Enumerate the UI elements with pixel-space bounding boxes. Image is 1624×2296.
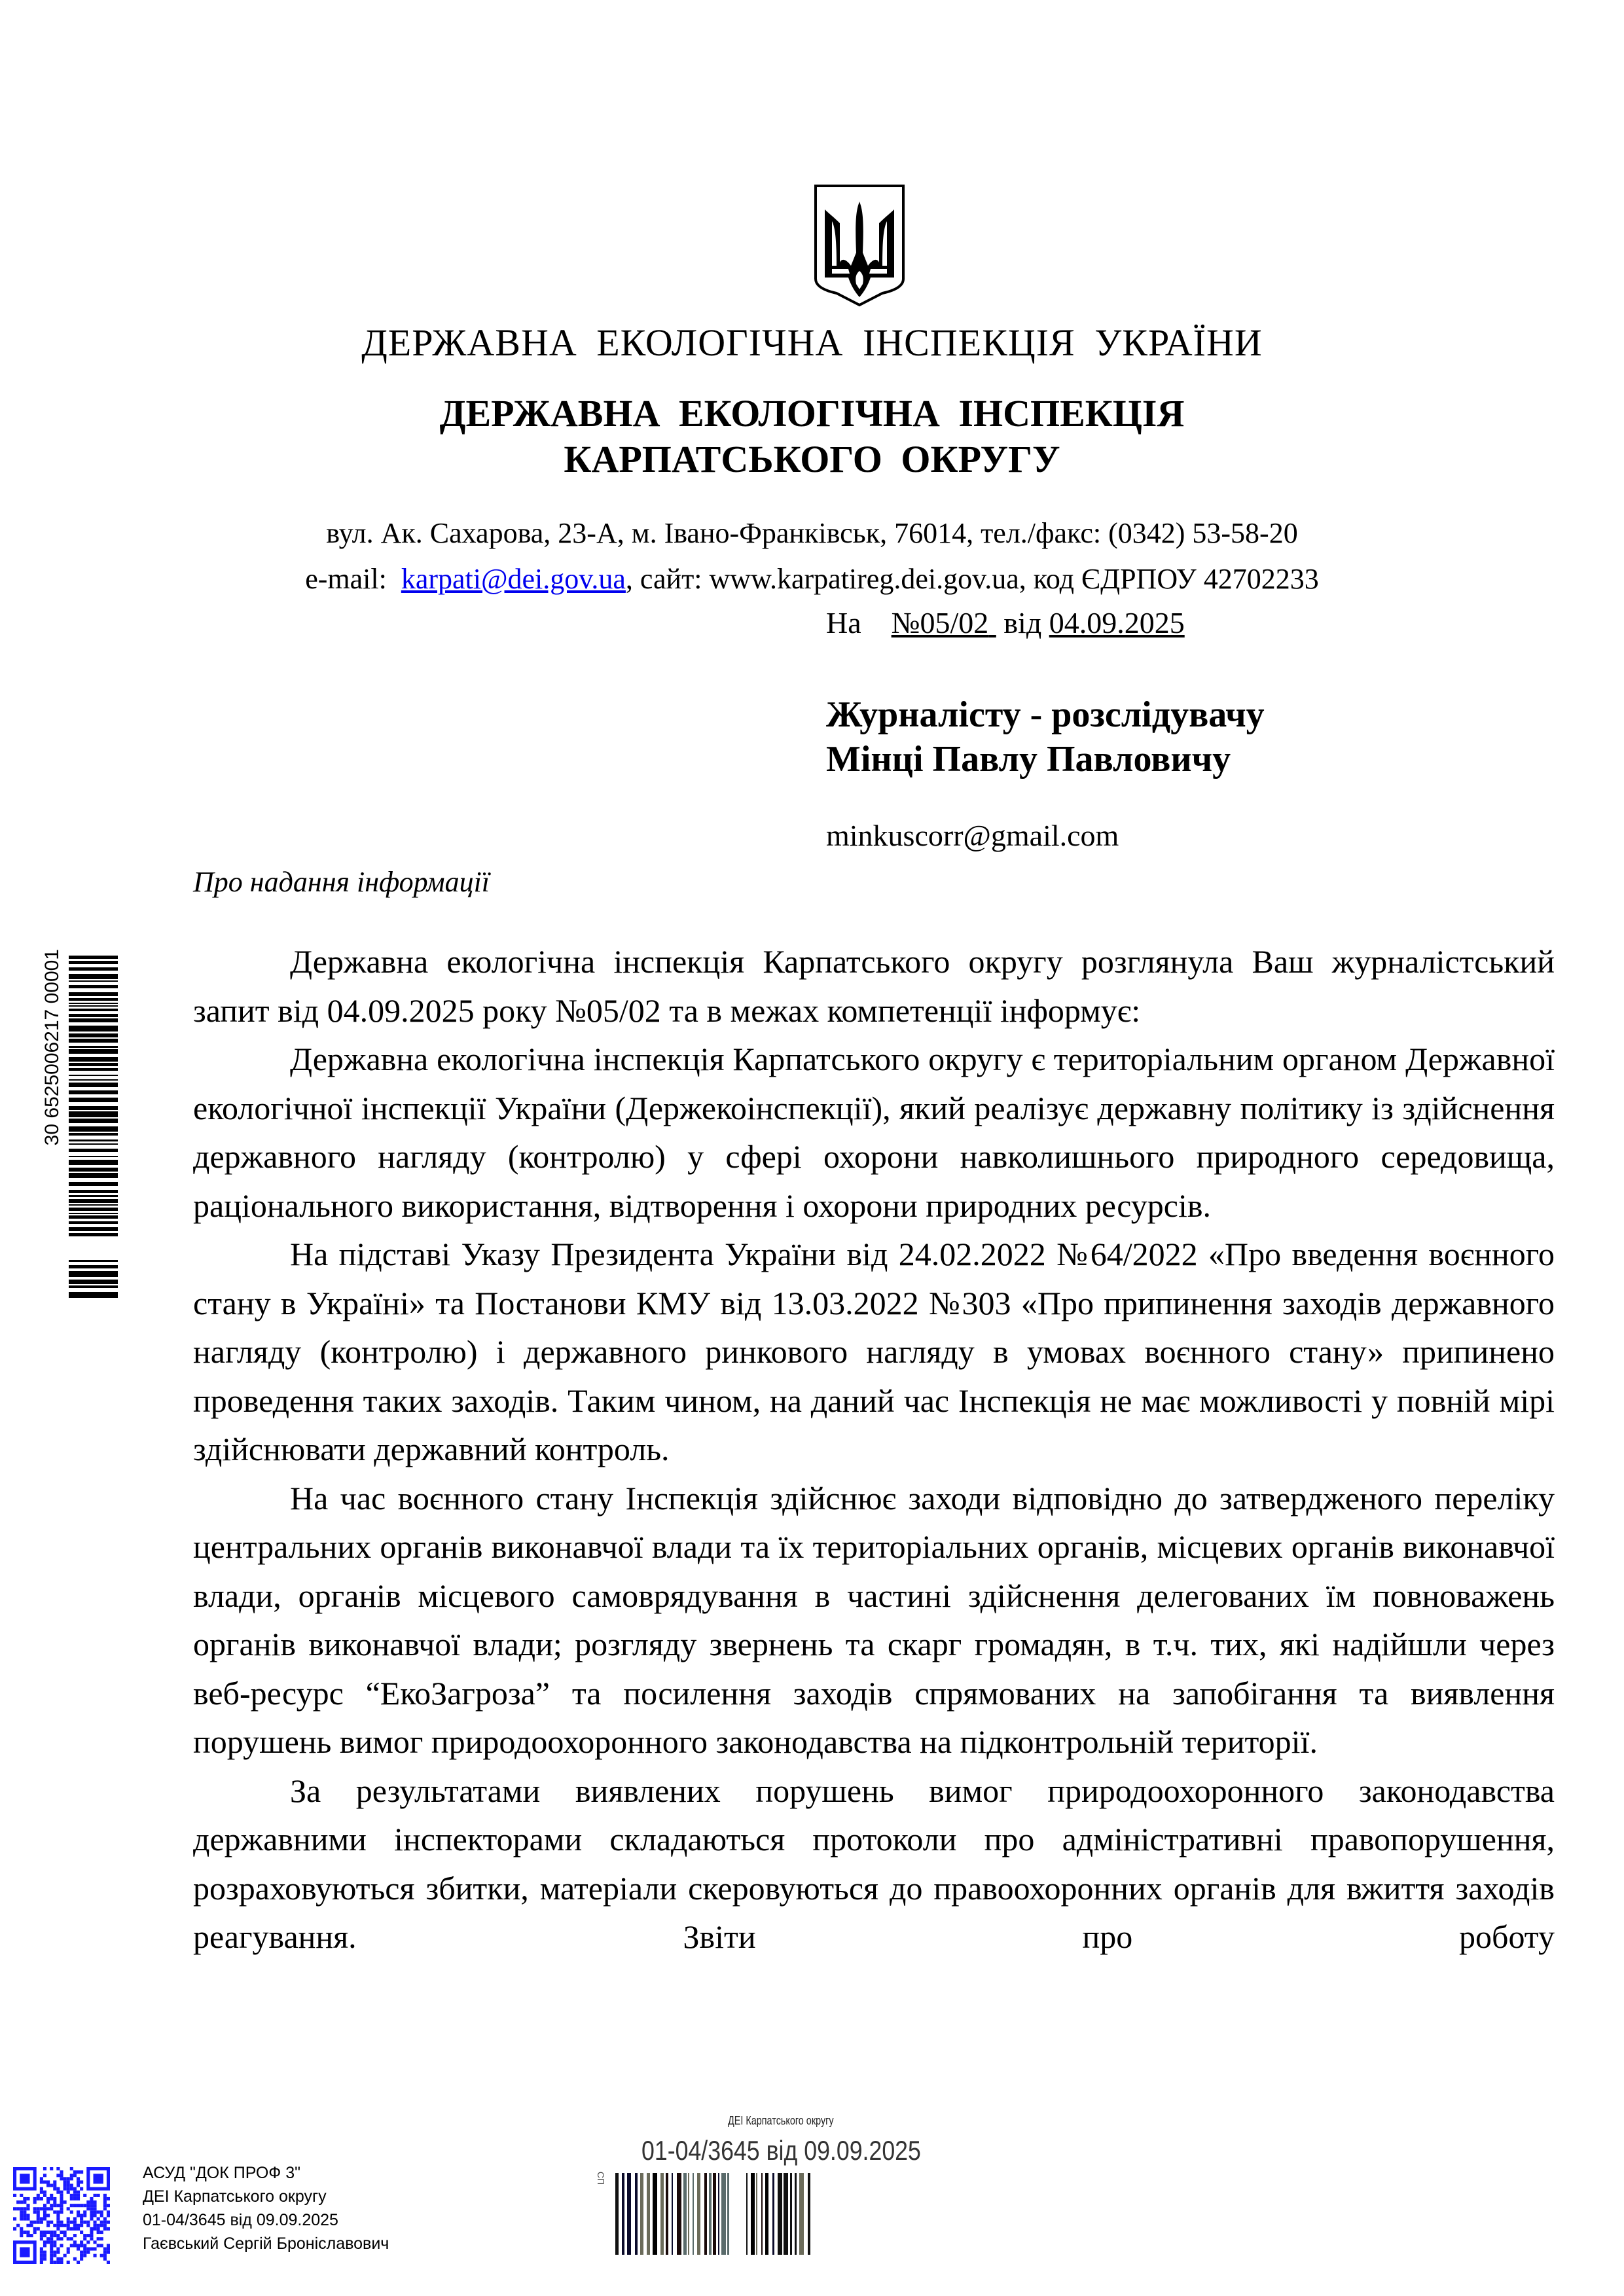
department-title-line1: ДЕРЖАВНА ЕКОЛОГІЧНА ІНСПЕКЦІЯ	[0, 391, 1624, 437]
registration-label: ДЕІ Карпатського округу	[728, 2114, 834, 2128]
side-barcode-icon	[46, 949, 118, 1302]
recipient-title: Журналісту - розслідувачу	[826, 692, 1265, 737]
email-label: e-mail:	[305, 563, 387, 595]
body-paragraph: Державна екологічна інспекція Карпатсько…	[193, 937, 1555, 1035]
recipient-email: minkuscorr@gmail.com	[826, 818, 1119, 853]
body-paragraph: Державна екологічна інспекція Карпатсько…	[193, 1035, 1555, 1230]
stamp-system: АСУД "ДОК ПРОФ 3"	[143, 2161, 389, 2185]
department-title-line2: КАРПАТСЬКОГО ОКРУГУ	[0, 437, 1624, 482]
contact-line: e-mail: karpati@dei.gov.ua, сайт: www.ka…	[0, 556, 1624, 602]
agency-title: ДЕРЖАВНА ЕКОЛОГІЧНА ІНСПЕКЦІЯ УКРАЇНИ	[0, 321, 1624, 365]
electronic-signature-stamp: АСУД "ДОК ПРОФ 3" ДЕІ Карпатського округ…	[143, 2161, 389, 2255]
contact-block: вул. Ак. Сахарова, 23-А, м. Івано-Франкі…	[0, 511, 1624, 602]
department-title: ДЕРЖАВНА ЕКОЛОГІЧНА ІНСПЕКЦІЯ КАРПАТСЬКО…	[0, 391, 1624, 482]
site-and-code: , сайт: www.karpatireg.dei.gov.ua, код Є…	[626, 563, 1319, 595]
body-paragraph: На підставі Указу Президента України від…	[193, 1230, 1555, 1474]
agency-email-link[interactable]: karpati@dei.gov.ua	[401, 563, 626, 595]
reference-prefix: На	[826, 606, 861, 639]
registration-number: 01-04/3645 від 09.09.2025	[641, 2135, 921, 2166]
stamp-registration: 01-04/3645 від 09.09.2025	[143, 2208, 389, 2232]
registration-barcode-icon	[602, 2170, 818, 2258]
subject-line: Про надання інформації	[193, 865, 490, 899]
reference-line: На №05/02 від 04.09.2025	[826, 605, 1185, 640]
coat-of-arms-icon	[810, 181, 909, 312]
letter-body: Державна екологічна інспекція Карпатсько…	[193, 937, 1555, 1962]
qr-code-icon	[13, 2166, 110, 2265]
recipient-block: Журналісту - розслідувачу Мінці Павлу Па…	[826, 692, 1265, 781]
reference-number: №05/02	[892, 606, 989, 639]
body-paragraph: За результатами виявлених порушень вимог…	[193, 1767, 1555, 1962]
body-paragraph: На час воєнного стану Інспекція здійснює…	[193, 1474, 1555, 1767]
address-line: вул. Ак. Сахарова, 23-А, м. Івано-Франкі…	[0, 511, 1624, 556]
recipient-name: Мінці Павлу Павловичу	[826, 737, 1265, 781]
stamp-organization: ДЕІ Карпатського округу	[143, 2185, 389, 2208]
stamp-signer: Гаєвський Сергій Броніславович	[143, 2232, 389, 2255]
reference-date: 04.09.2025	[1049, 606, 1185, 639]
reference-from-label: від	[1003, 606, 1041, 639]
